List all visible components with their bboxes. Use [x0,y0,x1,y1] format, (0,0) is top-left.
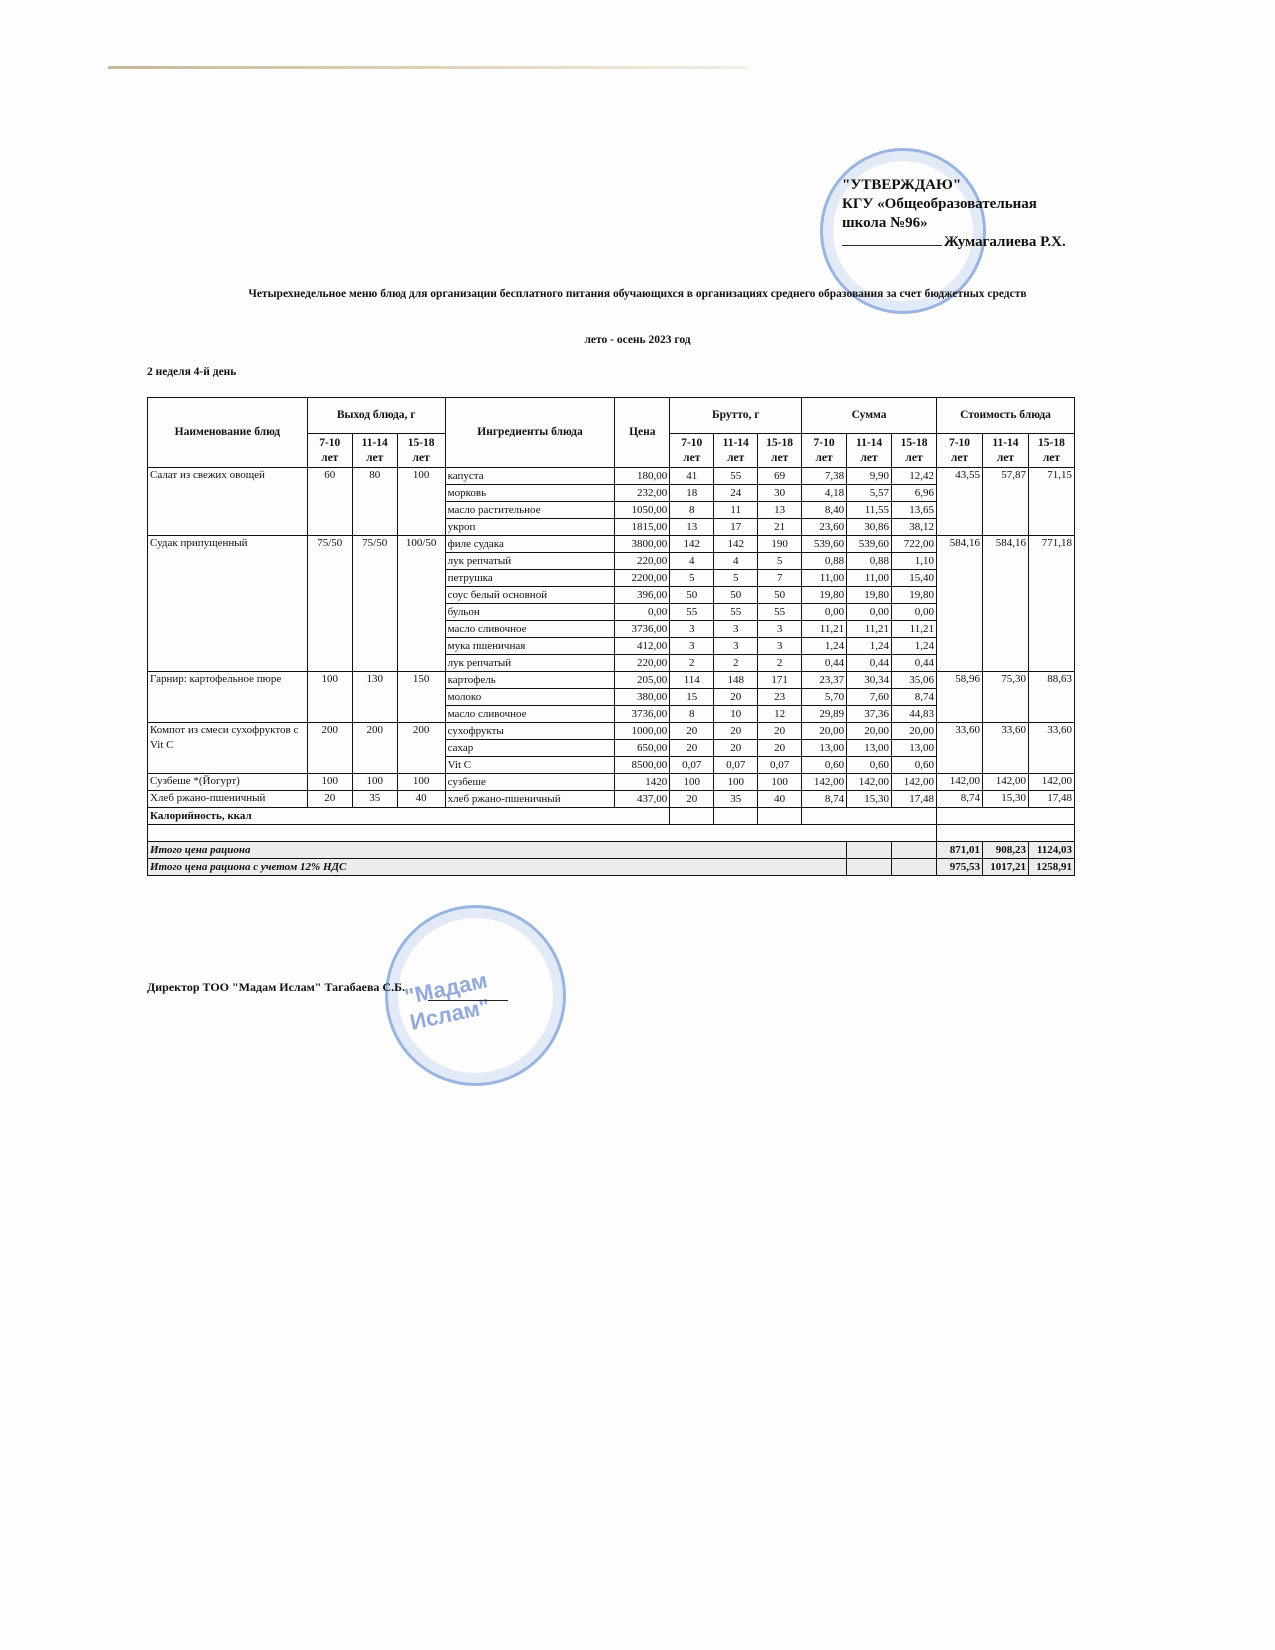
ingredient-sum: 44,83 [892,706,937,723]
ingredient-sum: 0,00 [847,604,892,621]
ingredient-price: 220,00 [615,655,670,672]
ingredient-brutto: 20 [670,740,714,757]
header-brutto: Брутто, г [670,398,802,434]
ingredient-name: хлеб ржано-пшеничный [445,791,615,808]
ingredient-sum: 7,60 [847,689,892,706]
table-row: Салат из свежих овощей6080100капуста180,… [148,468,1075,485]
ingredient-sum: 1,24 [802,638,847,655]
approval-org-line2: школа №96» [842,214,1066,233]
total-value: 871,01 [937,842,983,859]
calories-cell [670,808,714,825]
table-row: Гарнир: картофельное пюре100130150картоф… [148,672,1075,689]
header-age-group: 11-14лет [714,434,758,468]
dish-yield: 60 [307,468,352,536]
dish-name: Гарнир: картофельное пюре [148,672,308,723]
ingredient-brutto: 2 [758,655,802,672]
table-row: Хлеб ржано-пшеничный203540хлеб ржано-пше… [148,791,1075,808]
ingredient-sum: 142,00 [892,774,937,791]
ingredient-sum: 8,40 [802,502,847,519]
ingredient-name: бульон [445,604,615,621]
ingredient-sum: 38,12 [892,519,937,536]
ingredient-brutto: 41 [670,468,714,485]
dish-cost: 142,00 [982,774,1028,791]
ingredient-brutto: 2 [670,655,714,672]
ingredient-sum: 35,06 [892,672,937,689]
ingredient-price: 437,00 [615,791,670,808]
dish-yield: 100 [307,774,352,791]
ingredient-name: сузбеше [445,774,615,791]
calories-cell [937,808,1075,825]
ingredient-brutto: 100 [758,774,802,791]
ingredient-sum: 13,00 [892,740,937,757]
dish-cost: 142,00 [937,774,983,791]
ingredient-sum: 19,80 [802,587,847,604]
header-yield: Выход блюда, г [307,398,445,434]
director-signature-line: Директор ТОО "Мадам Ислам" Тагабаева С.Б… [147,980,405,995]
ingredient-name: картофель [445,672,615,689]
ingredient-brutto: 40 [758,791,802,808]
header-age-group: 11-14лет [847,434,892,468]
dish-yield: 40 [397,791,445,808]
ingredient-brutto: 20 [758,740,802,757]
ingredient-sum: 142,00 [802,774,847,791]
total-spacer [892,842,937,859]
ingredient-brutto: 114 [670,672,714,689]
document-title: Четырехнедельное меню блюд для организац… [0,288,1275,300]
total-spacer [847,859,892,876]
ingredient-sum: 1,10 [892,553,937,570]
ingredient-sum: 20,00 [892,723,937,740]
table-row: Сузбеше *(Йогурт)100100100сузбеше1420100… [148,774,1075,791]
ingredient-brutto: 21 [758,519,802,536]
ingredient-name: капуста [445,468,615,485]
ingredient-sum: 6,96 [892,485,937,502]
dish-yield: 200 [352,723,397,774]
ingredient-price: 2200,00 [615,570,670,587]
ingredient-sum: 23,37 [802,672,847,689]
dish-cost: 88,63 [1028,672,1074,723]
ingredient-price: 8500,00 [615,757,670,774]
ingredient-name: лук репчатый [445,655,615,672]
ingredient-price: 1050,00 [615,502,670,519]
ingredient-brutto: 3 [758,621,802,638]
ingredient-brutto: 5 [670,570,714,587]
ingredient-brutto: 55 [714,604,758,621]
dish-cost: 43,55 [937,468,983,536]
ingredient-name: морковь [445,485,615,502]
approval-signer-line: Жумагалиева Р.Х. [842,233,1066,252]
document-subtitle: лето - осень 2023 год [0,334,1275,346]
header-age-group: 7-10лет [802,434,847,468]
ingredient-price: 412,00 [615,638,670,655]
ingredient-brutto: 3 [714,621,758,638]
ingredient-price: 220,00 [615,553,670,570]
ingredient-sum: 8,74 [802,791,847,808]
ingredient-sum: 11,00 [802,570,847,587]
ingredient-sum: 0,60 [847,757,892,774]
header-age-group: 7-10лет [307,434,352,468]
dish-name: Сузбеше *(Йогурт) [148,774,308,791]
director-signature [428,960,508,1001]
total-row: Итого цена рациона871,01908,231124,03 [148,842,1075,859]
ingredient-sum: 17,48 [892,791,937,808]
ingredient-sum: 12,42 [892,468,937,485]
ingredient-sum: 23,60 [802,519,847,536]
ingredient-sum: 0,44 [892,655,937,672]
ingredient-brutto: 12 [758,706,802,723]
ingredient-name: сахар [445,740,615,757]
ingredient-sum: 15,40 [892,570,937,587]
ingredient-sum: 0,88 [847,553,892,570]
ingredient-brutto: 55 [714,468,758,485]
ingredient-brutto: 190 [758,536,802,553]
header-dish-name: Наименование блюд [148,398,308,468]
ingredient-brutto: 142 [670,536,714,553]
ingredient-name: мука пшеничная [445,638,615,655]
calories-cell [714,808,758,825]
total-value: 908,23 [982,842,1028,859]
ingredient-brutto: 20 [714,689,758,706]
ingredient-brutto: 3 [714,638,758,655]
ingredient-sum: 19,80 [892,587,937,604]
ingredient-sum: 539,60 [802,536,847,553]
ingredient-sum: 11,00 [847,570,892,587]
ingredient-brutto: 0,07 [670,757,714,774]
ingredient-brutto: 55 [670,604,714,621]
header-age-group: 7-10лет [937,434,983,468]
dish-name: Компот из смеси сухофруктов с Vit C [148,723,308,774]
dish-cost: 71,15 [1028,468,1074,536]
ingredient-name: лук репчатый [445,553,615,570]
ingredient-sum: 1,24 [892,638,937,655]
dish-yield: 200 [397,723,445,774]
header-age-group: 15-18лет [758,434,802,468]
ingredient-sum: 1,24 [847,638,892,655]
ingredient-price: 180,00 [615,468,670,485]
approval-signer: Жумагалиева Р.Х. [944,234,1066,250]
dish-cost: 58,96 [937,672,983,723]
dish-cost: 33,60 [937,723,983,774]
approval-block: "УТВЕРЖДАЮ" КГУ «Общеобразовательная шко… [842,176,1066,252]
ingredient-brutto: 3 [670,638,714,655]
ingredient-name: масло сливочное [445,706,615,723]
ingredient-brutto: 171 [758,672,802,689]
ingredient-price: 1420 [615,774,670,791]
ingredient-brutto: 23 [758,689,802,706]
ingredient-price: 396,00 [615,587,670,604]
ingredient-sum: 37,36 [847,706,892,723]
table-row: Судак припущенный75/5075/50100/50филе су… [148,536,1075,553]
ingredient-sum: 5,70 [802,689,847,706]
dish-cost: 584,16 [982,536,1028,672]
ingredient-brutto: 11 [714,502,758,519]
dish-yield: 200 [307,723,352,774]
ingredient-price: 3736,00 [615,706,670,723]
ingredient-price: 3736,00 [615,621,670,638]
header-age-group: 11-14лет [352,434,397,468]
ingredient-sum: 0,44 [847,655,892,672]
header-age-group: 15-18лет [1028,434,1074,468]
ingredient-name: масло растительное [445,502,615,519]
calories-label: Калорийность, ккал [148,808,670,825]
ingredient-brutto: 0,07 [758,757,802,774]
dish-yield: 130 [352,672,397,723]
signature-line [842,245,942,246]
table-row: Компот из смеси сухофруктов с Vit C20020… [148,723,1075,740]
ingredient-brutto: 50 [670,587,714,604]
ingredient-sum: 13,65 [892,502,937,519]
ingredient-brutto: 4 [714,553,758,570]
ingredient-brutto: 15 [670,689,714,706]
ingredient-sum: 0,00 [892,604,937,621]
total-value: 1124,03 [1028,842,1074,859]
dish-yield: 75/50 [352,536,397,672]
ingredient-name: сухофрукты [445,723,615,740]
dish-yield: 100/50 [397,536,445,672]
ingredient-name: филе судака [445,536,615,553]
dish-yield: 80 [352,468,397,536]
header-cost: Стоимость блюда [937,398,1075,434]
ingredient-sum: 11,21 [847,621,892,638]
ingredient-sum: 539,60 [847,536,892,553]
ingredient-sum: 0,88 [802,553,847,570]
ingredient-sum: 7,38 [802,468,847,485]
ingredient-brutto: 20 [670,723,714,740]
ingredient-sum: 11,21 [892,621,937,638]
dish-cost: 15,30 [982,791,1028,808]
ingredient-sum: 0,60 [892,757,937,774]
week-day-label: 2 неделя 4-й день [147,366,236,378]
ingredient-sum: 20,00 [847,723,892,740]
dish-yield: 35 [352,791,397,808]
ingredient-brutto: 17 [714,519,758,536]
ingredient-brutto: 100 [670,774,714,791]
ingredient-brutto: 35 [714,791,758,808]
header-age-group: 15-18лет [892,434,937,468]
calories-cell [802,808,937,825]
ingredient-name: Vit C [445,757,615,774]
ingredient-brutto: 20 [714,740,758,757]
header-age-group: 15-18лет [397,434,445,468]
ingredient-brutto: 8 [670,706,714,723]
ingredient-brutto: 24 [714,485,758,502]
total-value: 1258,91 [1028,859,1074,876]
dish-yield: 100 [352,774,397,791]
ingredient-sum: 15,30 [847,791,892,808]
ingredient-name: масло сливочное [445,621,615,638]
ingredient-sum: 4,18 [802,485,847,502]
ingredient-brutto: 10 [714,706,758,723]
ingredient-sum: 19,80 [847,587,892,604]
ingredient-brutto: 3 [670,621,714,638]
header-age-group: 7-10лет [670,434,714,468]
ingredient-price: 3800,00 [615,536,670,553]
ingredient-sum: 5,57 [847,485,892,502]
header-age-group: 11-14лет [982,434,1028,468]
ingredient-brutto: 3 [758,638,802,655]
ingredient-brutto: 55 [758,604,802,621]
dish-cost: 771,18 [1028,536,1074,672]
ingredient-brutto: 2 [714,655,758,672]
header-ingredients: Ингредиенты блюда [445,398,615,468]
approval-heading: "УТВЕРЖДАЮ" [842,176,1066,195]
ingredient-brutto: 7 [758,570,802,587]
blank-cell [148,825,937,842]
ingredient-brutto: 4 [670,553,714,570]
ingredient-brutto: 30 [758,485,802,502]
dish-cost: 142,00 [1028,774,1074,791]
dish-yield: 100 [397,468,445,536]
ingredient-sum: 0,60 [802,757,847,774]
ingredient-sum: 142,00 [847,774,892,791]
ingredient-price: 650,00 [615,740,670,757]
ingredient-brutto: 50 [714,587,758,604]
calories-row: Калорийность, ккал [148,808,1075,825]
ingredient-sum: 30,86 [847,519,892,536]
ingredient-brutto: 148 [714,672,758,689]
dish-cost: 57,87 [982,468,1028,536]
ingredient-brutto: 100 [714,774,758,791]
ingredient-price: 232,00 [615,485,670,502]
ingredient-brutto: 5 [758,553,802,570]
scan-edge-line [108,66,748,69]
ingredient-brutto: 0,07 [714,757,758,774]
ingredient-brutto: 69 [758,468,802,485]
blank-row [148,825,1075,842]
ingredient-name: укроп [445,519,615,536]
ingredient-price: 1815,00 [615,519,670,536]
total-spacer [847,842,892,859]
blank-cell [937,825,1075,842]
dish-yield: 100 [307,672,352,723]
ingredient-brutto: 8 [670,502,714,519]
ingredient-brutto: 13 [758,502,802,519]
dish-name: Судак припущенный [148,536,308,672]
ingredient-sum: 9,90 [847,468,892,485]
ingredient-price: 1000,00 [615,723,670,740]
ingredient-name: соус белый основной [445,587,615,604]
total-value: 1017,21 [982,859,1028,876]
ingredient-brutto: 50 [758,587,802,604]
ingredient-brutto: 20 [714,723,758,740]
header-sum: Сумма [802,398,937,434]
ingredient-brutto: 5 [714,570,758,587]
ingredient-brutto: 142 [714,536,758,553]
ingredient-sum: 722,00 [892,536,937,553]
ingredient-price: 380,00 [615,689,670,706]
calories-cell [758,808,802,825]
ingredient-name: молоко [445,689,615,706]
dish-name: Салат из свежих овощей [148,468,308,536]
total-label: Итого цена рациона [148,842,847,859]
ingredient-sum: 11,21 [802,621,847,638]
ingredient-sum: 29,89 [802,706,847,723]
menu-table: Наименование блюд Выход блюда, г Ингреди… [147,397,1075,876]
total-value: 975,53 [937,859,983,876]
total-label: Итого цена рациона с учетом 12% НДС [148,859,847,876]
dish-name: Хлеб ржано-пшеничный [148,791,308,808]
dish-cost: 33,60 [982,723,1028,774]
dish-yield: 20 [307,791,352,808]
dish-cost: 33,60 [1028,723,1074,774]
header-price: Цена [615,398,670,468]
ingredient-sum: 30,34 [847,672,892,689]
dish-cost: 584,16 [937,536,983,672]
ingredient-brutto: 18 [670,485,714,502]
ingredient-sum: 8,74 [892,689,937,706]
ingredient-sum: 13,00 [802,740,847,757]
ingredient-sum: 20,00 [802,723,847,740]
ingredient-brutto: 20 [758,723,802,740]
total-spacer [892,859,937,876]
total-row: Итого цена рациона с учетом 12% НДС975,5… [148,859,1075,876]
ingredient-sum: 13,00 [847,740,892,757]
approval-org-line1: КГУ «Общеобразовательная [842,195,1066,214]
dish-yield: 75/50 [307,536,352,672]
ingredient-price: 205,00 [615,672,670,689]
ingredient-sum: 0,00 [802,604,847,621]
dish-cost: 75,30 [982,672,1028,723]
ingredient-name: петрушка [445,570,615,587]
dish-cost: 17,48 [1028,791,1074,808]
dish-yield: 100 [397,774,445,791]
ingredient-sum: 0,44 [802,655,847,672]
ingredient-brutto: 20 [670,791,714,808]
ingredient-price: 0,00 [615,604,670,621]
ingredient-brutto: 13 [670,519,714,536]
dish-cost: 8,74 [937,791,983,808]
dish-yield: 150 [397,672,445,723]
ingredient-sum: 11,55 [847,502,892,519]
